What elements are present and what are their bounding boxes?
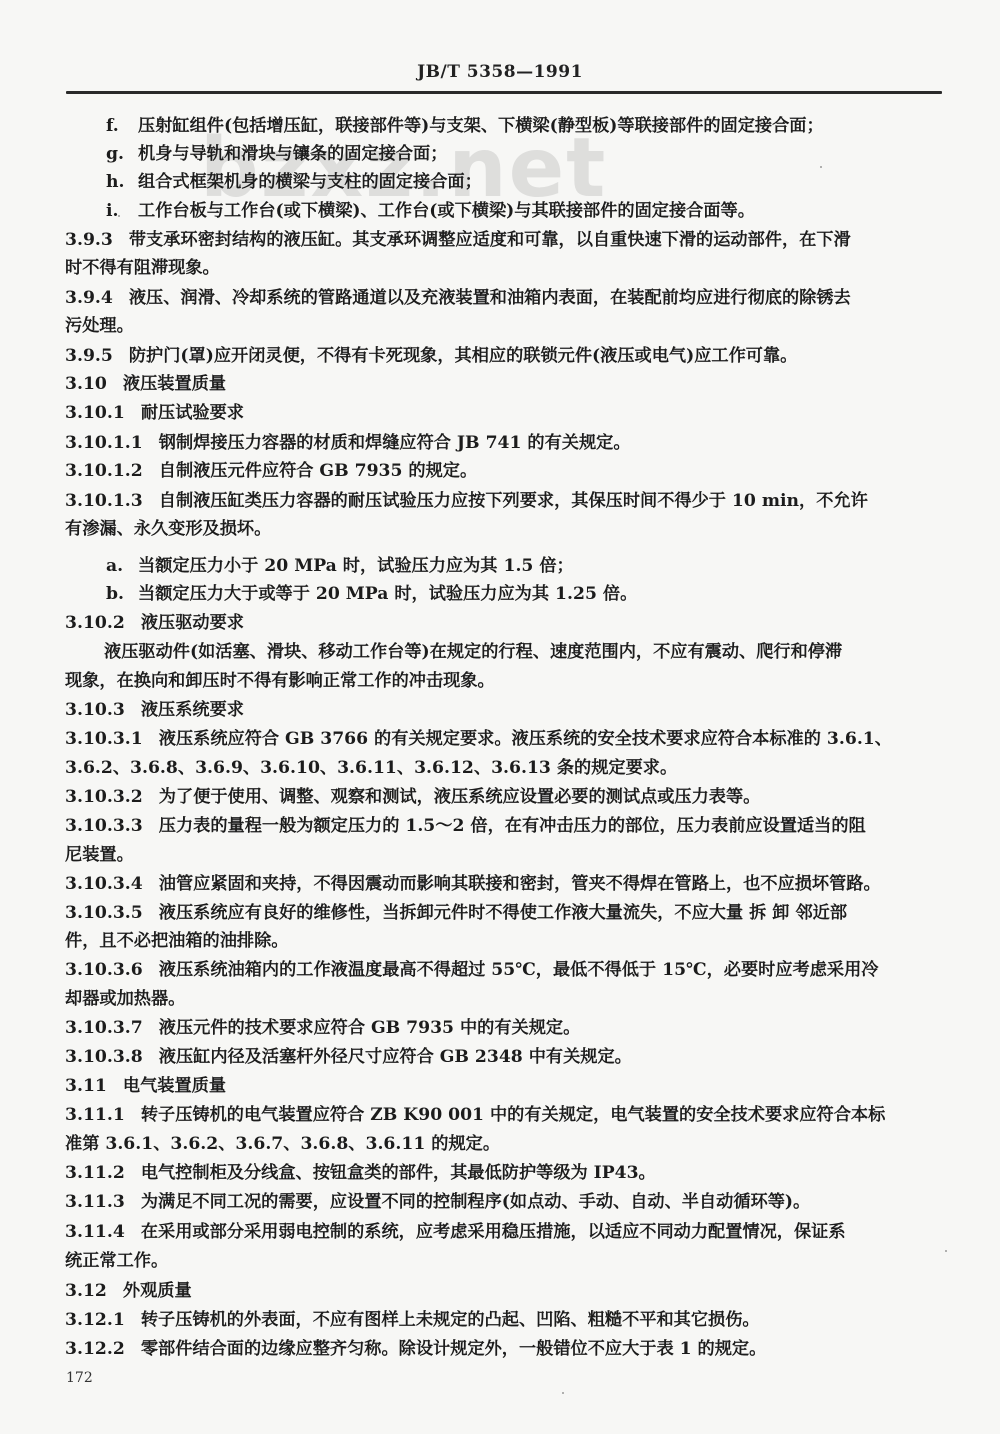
text-line: 尼装置。 [65,841,134,869]
scan-speck [820,166,822,168]
text-line: 3.11.3为满足不同工况的需要，应设置不同的控制程序(如点动、手动、自动、半自… [65,1188,810,1216]
line-text: 件，且不必把油箱的油排除。 [65,931,288,951]
clause-number: 3.11 [65,1072,107,1100]
list-item-label: b. [106,580,138,608]
text-line: 3.10.3.5液压系统应有良好的维修性，当拆卸元件时不得使工作液大量流失，不应… [65,899,847,927]
line-text: 液压驱动要求 [141,613,244,633]
line-text: 为满足不同工况的需要，应设置不同的控制程序(如点动、手动、自动、半自动循环等)。 [141,1192,810,1212]
scan-speck [118,215,120,217]
text-line: 准第 3.6.1、3.6.2、3.6.7、3.6.8、3.6.11 的规定。 [65,1130,500,1158]
list-item-label: f. [106,112,138,140]
clause-number: 3.11.3 [65,1188,125,1216]
clause-number: 3.10.1 [65,399,125,427]
text-line: 现象，在换向和卸压时不得有影响正常工作的冲击现象。 [65,667,495,695]
line-text: 有渗漏、永久变形及损坏。 [65,519,271,539]
line-text: 当额定压力小于 20 MPa 时，试验压力应为其 1.5 倍； [138,556,574,576]
clause-number: 3.10.1.2 [65,457,143,485]
line-text: 液压装置质量 [123,374,226,394]
text-line: 3.11.1转子压铸机的电气装置应符合 ZB K90 001 中的有关规定，电气… [65,1101,885,1129]
list-item: h.组合式框架机身的横梁与支柱的固定接合面； [106,168,482,196]
clause-number: 3.10.3.2 [65,783,143,811]
clause-number: 3.12 [65,1277,107,1305]
clause-number: 3.10.1.3 [65,487,143,515]
list-item-label: a. [106,552,138,580]
list-item: g.机身与导轨和滑块与镶条的固定接合面； [106,140,447,168]
line-text: 组合式框架机身的横梁与支柱的固定接合面； [138,172,482,192]
line-text: 钢制焊接压力容器的材质和焊缝应符合 JB 741 的有关规定。 [159,433,631,453]
list-item: a.当额定压力小于 20 MPa 时，试验压力应为其 1.5 倍； [106,552,574,580]
text-line: 统正常工作。 [65,1247,168,1275]
standard-header: JB/T 5358—1991 [0,62,1000,82]
line-text: 却器或加热器。 [65,989,185,1009]
clause-number: 3.11.2 [65,1159,125,1187]
scan-speck [945,1250,947,1252]
text-line: 有渗漏、永久变形及损坏。 [65,515,271,543]
document-page: JB/T 5358—1991 bzxz.net f.压射缸组件(包括增压缸，联接… [0,0,1000,1434]
line-text: 液压系统应符合 GB 3766 的有关规定要求。液压系统的安全技术要求应符合本标… [159,729,892,749]
text-line: 3.10.1.1钢制焊接压力容器的材质和焊缝应符合 JB 741 的有关规定。 [65,429,631,457]
line-text: 统正常工作。 [65,1251,168,1271]
text-line: 3.10.3.2为了便于使用、调整、观察和测试，液压系统应设置必要的测试点或压力… [65,783,760,811]
text-line: 3.9.4液压、润滑、冷却系统的管路通道以及充液装置和油箱内表面，在装配前均应进… [65,284,851,312]
text-line: 3.10.3.7液压元件的技术要求应符合 GB 7935 中的有关规定。 [65,1014,580,1042]
line-text: 液压系统油箱内的工作液温度最高不得超过 55℃，最低不得低于 15℃，必要时应考… [159,960,879,980]
section-heading: 3.10.1耐压试验要求 [65,399,244,427]
text-line: 3.10.3.3压力表的量程一般为额定压力的 1.5～2 倍，在有冲击压力的部位… [65,812,866,840]
line-text: 准第 3.6.1、3.6.2、3.6.7、3.6.8、3.6.11 的规定。 [65,1134,500,1154]
line-text: 自制液压元件应符合 GB 7935 的规定。 [159,461,477,481]
list-item-label: i. [106,197,138,225]
list-item-label: g. [106,140,138,168]
clause-number: 3.9.3 [65,226,113,254]
clause-number: 3.10.1.1 [65,429,143,457]
line-text: 自制液压缸类压力容器的耐压试验压力应按下列要求，其保压时间不得少于 10 min… [159,491,868,511]
text-line: 3.6.2、3.6.8、3.6.9、3.6.10、3.6.11、3.6.12、3… [65,754,677,782]
line-text: 时不得有阻滞现象。 [65,258,220,278]
line-text: 转子压铸机的外表面，不应有图样上未规定的凸起、凹陷、粗糙不平和其它损伤。 [141,1310,760,1330]
line-text: 电气控制柜及分线盒、按钮盒类的部件，其最低防护等级为 IP43。 [141,1163,656,1183]
header-rule [66,91,942,94]
clause-number: 3.10.3.4 [65,870,143,898]
text-line: 3.10.3.1液压系统应符合 GB 3766 的有关规定要求。液压系统的安全技… [65,725,892,753]
line-text: 在采用或部分采用弱电控制的系统，应考虑采用稳压措施，以适应不同动力配置情况，保证… [141,1222,846,1242]
scan-speck [562,1392,564,1394]
clause-number: 3.10.3.8 [65,1043,143,1071]
clause-number: 3.10.3 [65,696,125,724]
text-line: 3.10.1.2自制液压元件应符合 GB 7935 的规定。 [65,457,477,485]
clause-number: 3.10.3.6 [65,956,143,984]
clause-number: 3.12.1 [65,1306,125,1334]
line-text: 带支承环密封结构的液压缸。其支承环调整应适度和可靠，以自重快速下滑的运动部件，在… [129,230,851,250]
line-text: 为了便于使用、调整、观察和测试，液压系统应设置必要的测试点或压力表等。 [159,787,761,807]
section-heading: 3.11电气装置质量 [65,1072,226,1100]
line-text: 3.6.2、3.6.8、3.6.9、3.6.10、3.6.11、3.6.12、3… [65,758,677,778]
clause-number: 3.12.2 [65,1335,125,1363]
page-number: 172 [66,1370,93,1386]
line-text: 液压驱动件(如活塞、滑块、移动工作台等)在规定的行程、速度范围内，不应有震动、爬… [104,642,842,662]
line-text: 零部件结合面的边缘应整齐匀称。除设计规定外，一般错位不应大于表 1 的规定。 [141,1339,767,1359]
line-text: 尼装置。 [65,845,134,865]
section-heading: 3.10液压装置质量 [65,370,226,398]
line-text: 现象，在换向和卸压时不得有影响正常工作的冲击现象。 [65,671,495,691]
text-line: 3.10.3.4油管应紧固和夹持，不得因震动而影响其联接和密封，管夹不得焊在管路… [65,870,881,898]
text-line: 3.12.2零部件结合面的边缘应整齐匀称。除设计规定外，一般错位不应大于表 1 … [65,1335,766,1363]
clause-number: 3.11.4 [65,1218,125,1246]
line-text: 转子压铸机的电气装置应符合 ZB K90 001 中的有关规定，电气装置的安全技… [141,1105,886,1125]
text-line: 3.10.3.8液压缸内径及活塞杆外径尺寸应符合 GB 2348 中有关规定。 [65,1043,632,1071]
clause-number: 3.9.5 [65,342,113,370]
text-line: 3.11.2电气控制柜及分线盒、按钮盒类的部件，其最低防护等级为 IP43。 [65,1159,656,1187]
line-text: 防护门(罩)应开闭灵便，不得有卡死现象，其相应的联锁元件(液压或电气)应工作可靠… [129,346,797,366]
section-heading: 3.12外观质量 [65,1277,192,1305]
line-text: 耐压试验要求 [141,403,244,423]
line-text: 电气装置质量 [123,1076,226,1096]
clause-number: 3.10.2 [65,609,125,637]
list-item-label: h. [106,168,138,196]
list-item: b.当额定压力大于或等于 20 MPa 时，试验压力应为其 1.25 倍。 [106,580,637,608]
text-line: 却器或加热器。 [65,985,185,1013]
line-text: 压力表的量程一般为额定压力的 1.5～2 倍，在有冲击压力的部位，压力表前应设置… [159,816,866,836]
clause-number: 3.10.3.3 [65,812,143,840]
text-line: 3.10.3.6液压系统油箱内的工作液温度最高不得超过 55℃，最低不得低于 1… [65,956,879,984]
line-text: 机身与导轨和滑块与镶条的固定接合面； [138,144,447,164]
clause-number: 3.10 [65,370,107,398]
line-text: 液压缸内径及活塞杆外径尺寸应符合 GB 2348 中有关规定。 [159,1047,632,1067]
line-text: 油管应紧固和夹持，不得因震动而影响其联接和密封，管夹不得焊在管路上，也不应损坏管… [159,874,881,894]
line-text: 污处理。 [65,316,134,336]
line-text: 液压系统要求 [141,700,244,720]
text-line: 件，且不必把油箱的油排除。 [65,927,288,955]
line-text: 液压、润滑、冷却系统的管路通道以及充液装置和油箱内表面，在装配前均应进行彻底的除… [129,288,851,308]
line-text: 液压系统应有良好的维修性，当拆卸元件时不得使工作液大量流失，不应大量 拆 卸 邻… [159,903,847,923]
section-heading: 3.10.2液压驱动要求 [65,609,244,637]
clause-number: 3.10.3.1 [65,725,143,753]
text-line: 3.10.1.3自制液压缸类压力容器的耐压试验压力应按下列要求，其保压时间不得少… [65,487,868,515]
line-text: 当额定压力大于或等于 20 MPa 时，试验压力应为其 1.25 倍。 [138,584,637,604]
list-item: i.工作台板与工作台(或下横梁)、工作台(或下横梁)与其联接部件的固定接合面等。 [106,197,755,225]
clause-number: 3.11.1 [65,1101,125,1129]
text-line: 3.12.1转子压铸机的外表面，不应有图样上未规定的凸起、凹陷、粗糙不平和其它损… [65,1306,760,1334]
clause-number: 3.9.4 [65,284,113,312]
text-line: 污处理。 [65,312,134,340]
list-item: f.压射缸组件(包括增压缸，联接部件等)与支架、下横梁(静型板)等联接部件的固定… [106,112,824,140]
clause-number: 3.10.3.7 [65,1014,143,1042]
line-text: 液压元件的技术要求应符合 GB 7935 中的有关规定。 [159,1018,581,1038]
text-line: 3.9.3带支承环密封结构的液压缸。其支承环调整应适度和可靠，以自重快速下滑的运… [65,226,851,254]
text-line: 3.9.5防护门(罩)应开闭灵便，不得有卡死现象，其相应的联锁元件(液压或电气)… [65,342,797,370]
line-text: 工作台板与工作台(或下横梁)、工作台(或下横梁)与其联接部件的固定接合面等。 [138,201,755,221]
text-line: 3.11.4在采用或部分采用弱电控制的系统，应考虑采用稳压措施，以适应不同动力配… [65,1218,846,1246]
section-heading: 3.10.3液压系统要求 [65,696,244,724]
line-text: 外观质量 [123,1281,192,1301]
text-line: 时不得有阻滞现象。 [65,254,220,282]
text-line: 液压驱动件(如活塞、滑块、移动工作台等)在规定的行程、速度范围内，不应有震动、爬… [104,638,842,666]
line-text: 压射缸组件(包括增压缸，联接部件等)与支架、下横梁(静型板)等联接部件的固定接合… [138,116,824,136]
clause-number: 3.10.3.5 [65,899,143,927]
